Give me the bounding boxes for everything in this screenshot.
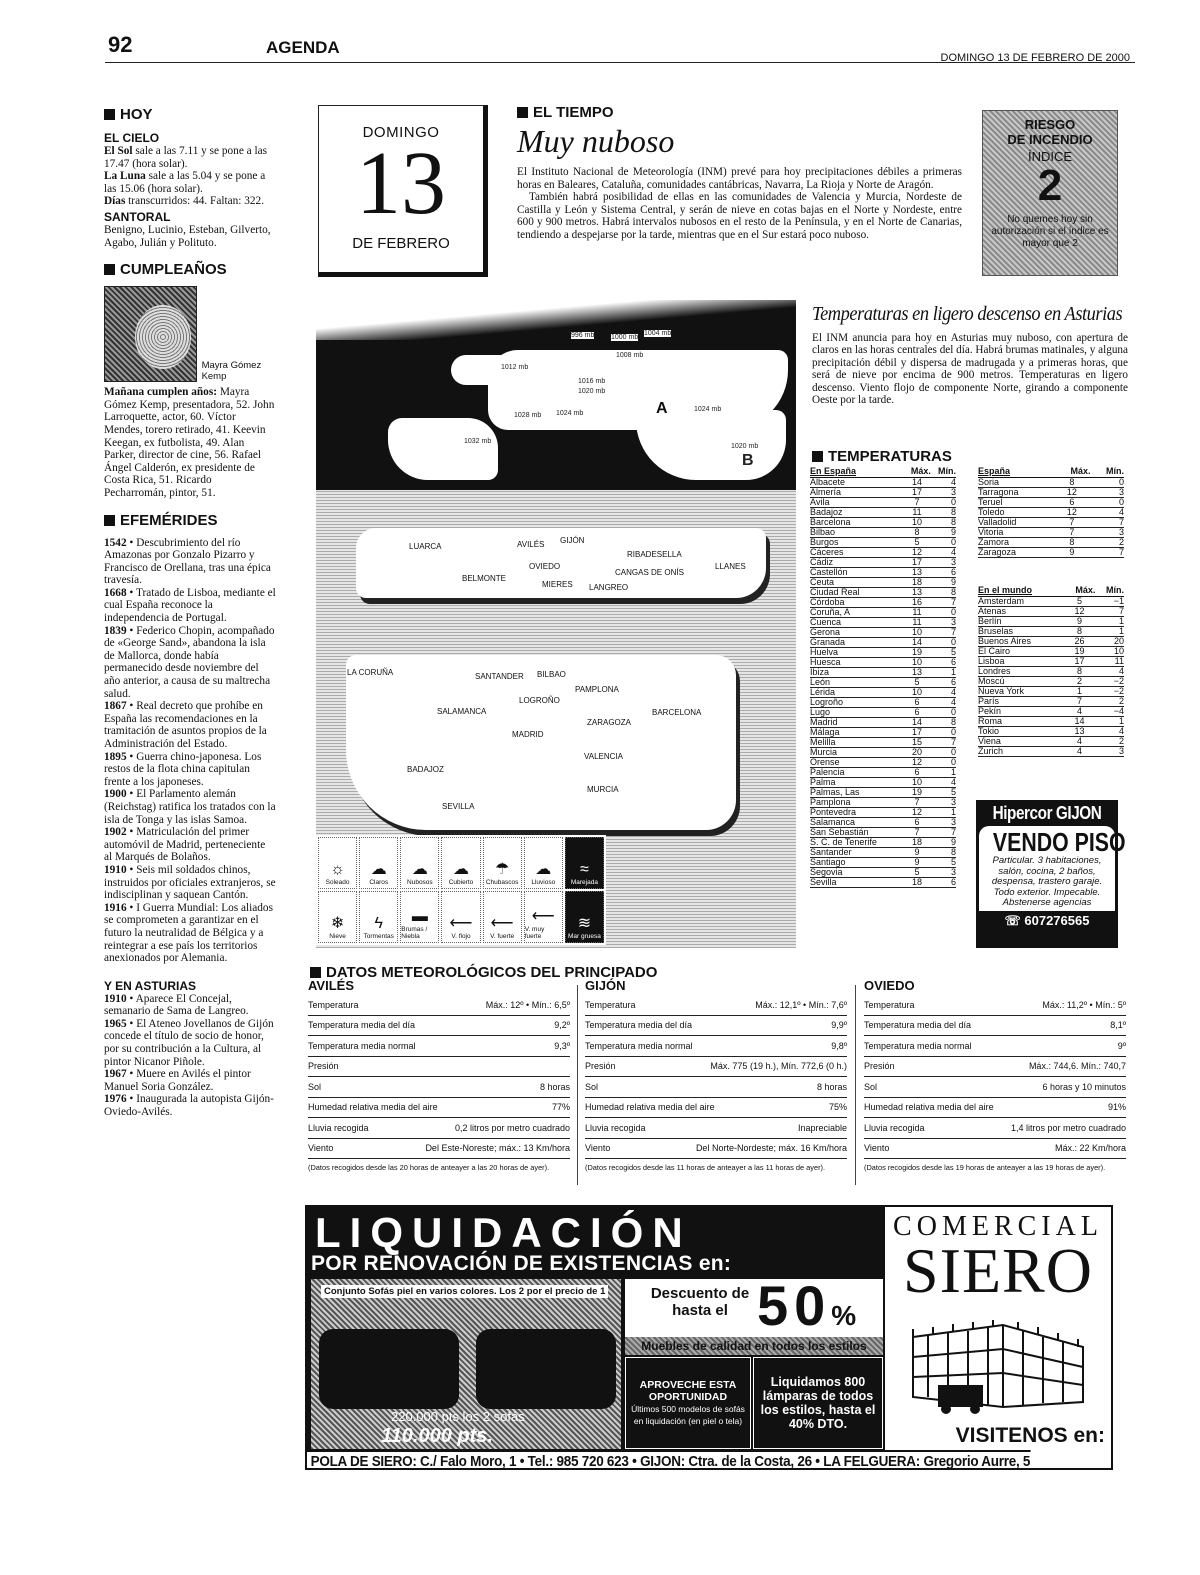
table-row: Santiago95 xyxy=(810,858,956,868)
min-temp-cell: 6 xyxy=(931,678,956,688)
min-temp-cell: 1 xyxy=(931,668,956,678)
data-label: Sol xyxy=(585,1082,598,1092)
city-cell: Viena xyxy=(978,737,1064,747)
square-bullet-icon xyxy=(812,451,823,462)
table-row: El Cairo1910 xyxy=(978,647,1124,657)
table-row: Huesca106 xyxy=(810,658,956,668)
max-temp-cell: 20 xyxy=(903,748,931,758)
data-value: 8 horas xyxy=(817,1082,847,1092)
data-value: 77% xyxy=(552,1102,570,1112)
table-row: Sevilla186 xyxy=(810,878,956,888)
max-temp-cell: 12 xyxy=(903,758,931,768)
data-note: (Datos recogidos desde las 11 horas de a… xyxy=(585,1163,847,1172)
city-cell: Palma xyxy=(810,778,903,788)
temperatures-spain-table: En EspañaMáx.Mín. Albacete144Almería173Á… xyxy=(810,466,956,888)
data-label: Sol xyxy=(308,1082,321,1092)
visit-us-label: VISITENOS en: xyxy=(956,1424,1105,1448)
dark-cloud-icon: ☁ xyxy=(453,861,469,879)
sofa-shape xyxy=(319,1329,459,1409)
max-temp-cell: 18 xyxy=(903,838,931,848)
table-row: Salamanca63 xyxy=(810,818,956,828)
efemeride-item: 1967 • Muere en Avilés el pintor Manuel … xyxy=(104,1068,276,1093)
max-temp-cell: 14 xyxy=(903,638,931,648)
asturias-headline: Temperaturas en ligero descenso en Astur… xyxy=(812,303,1103,326)
ad-store-name: Hipercor GIJON xyxy=(989,803,1105,824)
data-value: Máx.: 22 Km/hora xyxy=(1055,1143,1126,1153)
city-cell: París xyxy=(978,697,1064,707)
legend-soleado: ☼Soleado xyxy=(318,837,357,889)
table-row: Buenos Aires2620 xyxy=(978,637,1124,647)
wind-arrow-icon: ⟵ xyxy=(532,908,555,926)
sofa-photo: Conjunto Sofás piel en varios colores. L… xyxy=(311,1279,621,1449)
max-temp-cell: 6 xyxy=(903,698,931,708)
min-temp-cell: 2 xyxy=(1091,538,1124,548)
max-temp-cell: 13 xyxy=(903,588,931,598)
cielo-heading: EL CIELO xyxy=(104,131,276,145)
data-row: Temperatura media del día9,9º xyxy=(585,1016,847,1037)
ad-phone: ☏ 607276565 xyxy=(979,913,1115,929)
station-name: GIJÓN xyxy=(585,978,847,993)
max-temp-cell: 6 xyxy=(903,768,931,778)
data-value: 1,4 litros por metro cuadrado xyxy=(1011,1123,1126,1133)
min-temp-cell: 1 xyxy=(1095,617,1124,627)
station-name: AVILÉS xyxy=(308,978,570,993)
legend-claros: ☁Claros xyxy=(359,837,398,889)
max-temp-cell: 26 xyxy=(1064,637,1096,647)
ad-headline: LIQUIDACIÓN xyxy=(315,1209,692,1257)
table-row: Zamora82 xyxy=(978,538,1124,548)
max-temp-cell: 17 xyxy=(903,728,931,738)
data-value: 9,2º xyxy=(554,1020,570,1030)
calendar-date-box: DOMINGO 13 DE FEBRERO xyxy=(318,105,488,277)
table-row: Bilbao89 xyxy=(810,528,956,538)
weather-headline: Muy nuboso xyxy=(517,123,962,160)
efemerides-list: 1542 • Descubrimiento del río Amazonas p… xyxy=(104,537,276,965)
data-row: VientoDel Norte-Nordeste; máx. 16 Km/hor… xyxy=(585,1139,847,1160)
brand-line-2: SIERO xyxy=(885,1243,1111,1299)
table-row: Burgos50 xyxy=(810,538,956,548)
min-temp-cell: 0 xyxy=(1091,478,1124,488)
discount-block: Descuento de hasta el 50% xyxy=(625,1279,883,1337)
table-row: Zaragoza97 xyxy=(978,548,1124,558)
data-label: Temperatura xyxy=(585,1000,636,1010)
efemeride-item: 1900 • El Parlamento alemán (Reichstag) … xyxy=(104,788,276,826)
city-cell: Santiago xyxy=(810,858,903,868)
min-temp-cell: 7 xyxy=(1091,518,1124,528)
max-temp-cell: 15 xyxy=(903,738,931,748)
data-label: Temperatura media del día xyxy=(864,1020,971,1030)
city-cell: Bilbao xyxy=(810,528,903,538)
max-temp-cell: 12 xyxy=(903,808,931,818)
max-temp-cell: 5 xyxy=(903,678,931,688)
table-row: Amsterdam5−1 xyxy=(978,597,1124,607)
wind-arrow-icon: ⟵ xyxy=(450,915,473,933)
min-temp-cell: 1 xyxy=(931,768,956,778)
city-cell: Zaragoza xyxy=(978,548,1053,558)
portrait-photo xyxy=(104,286,197,382)
max-temp-cell: 12 xyxy=(1064,607,1096,617)
month: DE FEBRERO xyxy=(319,235,483,252)
max-temp-cell: 10 xyxy=(903,658,931,668)
fog-bar-icon: ▬ xyxy=(412,908,428,926)
left-column: HOY EL CIELO El Sol sale a las 7.11 y se… xyxy=(104,100,276,1119)
square-bullet-icon xyxy=(104,264,115,275)
min-temp-cell: 4 xyxy=(931,548,956,558)
max-temp-cell: 12 xyxy=(1053,508,1090,518)
city-cell: Roma xyxy=(978,717,1064,727)
table-row: Melilla157 xyxy=(810,738,956,748)
rain-cloud-icon: ☁ xyxy=(535,861,551,879)
city-cell: Lisboa xyxy=(978,657,1064,667)
max-temp-cell: 14 xyxy=(903,478,931,488)
table-row: Nueva York1−2 xyxy=(978,687,1124,697)
min-temp-cell: 4 xyxy=(931,478,956,488)
min-temp-cell: 3 xyxy=(931,818,956,828)
max-temp-cell: 17 xyxy=(903,558,931,568)
table-row: Zurich43 xyxy=(978,747,1124,757)
square-bullet-icon xyxy=(104,515,115,526)
city-cell: Segovia xyxy=(810,868,903,878)
min-temp-cell: 4 xyxy=(931,688,956,698)
asturias-efemerides-heading: Y EN ASTURIAS xyxy=(104,979,276,993)
city-cell: Santander xyxy=(810,848,903,858)
city-cell: Ceuta xyxy=(810,578,903,588)
efemeride-item: 1895 • Guerra chino-japonesa. Los restos… xyxy=(104,751,276,789)
data-row: Sol8 horas xyxy=(585,1077,847,1098)
station-oviedo: OVIEDOTemperaturaMáx.: 11,2º • Mín.: 5ºT… xyxy=(864,978,1126,1172)
efemeride-item: 1542 • Descubrimiento del río Amazonas p… xyxy=(104,537,276,587)
max-temp-cell: 11 xyxy=(903,608,931,618)
max-temp-cell: 7 xyxy=(903,498,931,508)
min-temp-cell: 1 xyxy=(1095,717,1124,727)
table-row: Viena42 xyxy=(978,737,1124,747)
data-row: Presión xyxy=(308,1057,570,1078)
table-row: Cáceres124 xyxy=(810,548,956,558)
max-temp-cell: 4 xyxy=(1064,707,1096,717)
city-cell: Berlín xyxy=(978,617,1064,627)
table-row: Pontevedra121 xyxy=(810,808,956,818)
min-temp-cell: 4 xyxy=(1095,667,1124,677)
min-temp-cell: 2 xyxy=(1095,697,1124,707)
city-cell: Toledo xyxy=(978,508,1053,518)
data-value: 91% xyxy=(1108,1102,1126,1112)
table-row: Roma141 xyxy=(978,717,1124,727)
data-row: Humedad relativa media del aire91% xyxy=(864,1098,1126,1119)
city-cell: Granada xyxy=(810,638,903,648)
luna-info: La Luna sale a las 5.04 y se pone a las … xyxy=(104,170,276,195)
weather-map: 996 mb 1000 mb 1004 mb 1008 mb 1012 mb 1… xyxy=(316,300,796,948)
store-building-icon xyxy=(903,1307,1093,1417)
square-bullet-icon xyxy=(310,967,321,978)
max-temp-cell: 1 xyxy=(1064,687,1096,697)
max-temp-cell: 5 xyxy=(1064,597,1096,607)
min-temp-cell: 3 xyxy=(1095,747,1124,757)
city-cell: Ibiza xyxy=(810,668,903,678)
city-cell: Nueva York xyxy=(978,687,1064,697)
data-label: Lluvia recogida xyxy=(864,1123,925,1133)
efemeride-item: 1976 • Inaugurada la autopista Gijón-Ovi… xyxy=(104,1093,276,1118)
min-temp-cell: 8 xyxy=(931,588,956,598)
offer-box-lamps: Liquidamos 800 lámparas de todos los est… xyxy=(753,1357,883,1449)
city-cell: Málaga xyxy=(810,728,903,738)
city-cell: El Cairo xyxy=(978,647,1064,657)
data-label: Temperatura media normal xyxy=(308,1041,416,1051)
max-temp-cell: 19 xyxy=(903,648,931,658)
data-label: Humedad relativa media del aire xyxy=(308,1102,438,1112)
city-cell: Pontevedra xyxy=(810,808,903,818)
legend-niebla: ▬Brumas / Niebla xyxy=(400,891,439,943)
min-temp-cell: 0 xyxy=(931,498,956,508)
data-label: Temperatura xyxy=(864,1000,915,1010)
efemeride-item: 1910 • Aparece El Concejal, semanario de… xyxy=(104,993,276,1018)
data-value: 6 horas y 10 minutos xyxy=(1042,1082,1126,1092)
weather-article: EL TIEMPO Muy nuboso El Instituto Nacion… xyxy=(517,104,962,242)
max-temp-cell: 9 xyxy=(903,848,931,858)
max-temp-cell: 12 xyxy=(1053,488,1090,498)
min-temp-cell: 3 xyxy=(931,618,956,628)
page-number: 92 xyxy=(108,32,132,58)
city-cell: S. C. de Tenerife xyxy=(810,838,903,848)
data-value: Máx.: 12,1º • Mín.: 7,6º xyxy=(755,1000,847,1010)
table-row: Valladolid77 xyxy=(978,518,1124,528)
min-temp-cell: 5 xyxy=(931,648,956,658)
brand-panel: COMERCIAL SIERO VISITENOS en: xyxy=(885,1207,1111,1450)
min-temp-cell: 9 xyxy=(931,528,956,538)
data-row: Sol8 horas xyxy=(308,1077,570,1098)
table-row: Albacete144 xyxy=(810,478,956,488)
min-temp-cell: −1 xyxy=(1095,597,1124,607)
table-row: Logroño64 xyxy=(810,698,956,708)
min-temp-cell: 3 xyxy=(931,558,956,568)
high-pressure-marker: A xyxy=(656,400,668,418)
data-row: Temperatura media del día9,2º xyxy=(308,1016,570,1037)
city-cell: Sevilla xyxy=(810,878,903,888)
min-temp-cell: 3 xyxy=(931,868,956,878)
max-temp-cell: 12 xyxy=(903,548,931,558)
min-temp-cell: 6 xyxy=(931,658,956,668)
max-temp-cell: 14 xyxy=(903,718,931,728)
legend-lluvioso: ☁Lluvioso xyxy=(524,837,563,889)
classified-ad-piso: Hipercor GIJON VENDO PISO Particular. 3 … xyxy=(976,800,1118,948)
city-cell: León xyxy=(810,678,903,688)
data-row: Temperatura media normal9º xyxy=(864,1036,1126,1057)
table-row: Almería173 xyxy=(810,488,956,498)
city-cell: Ávila xyxy=(810,498,903,508)
table-row: Soria80 xyxy=(978,478,1124,488)
max-temp-cell: 8 xyxy=(1053,538,1090,548)
data-label: Temperatura media normal xyxy=(864,1041,972,1051)
weather-paragraph: También habrá posibilidad de ellas en la… xyxy=(517,191,962,241)
table-row: Ávila70 xyxy=(810,498,956,508)
weather-paragraph: El Instituto Nacional de Meteorología (I… xyxy=(517,166,962,191)
min-temp-cell: 6 xyxy=(931,568,956,578)
table-row: Lisboa1711 xyxy=(978,657,1124,667)
city-cell: Almería xyxy=(810,488,903,498)
column-divider xyxy=(855,985,856,1185)
min-temp-cell: 7 xyxy=(931,828,956,838)
data-row: TemperaturaMáx.: 12,1º • Mín.: 7,6º xyxy=(585,995,847,1016)
data-row: TemperaturaMáx.: 11,2º • Mín.: 5º xyxy=(864,995,1126,1016)
efemeride-item: 1910 • Seis mil soldados chinos, instrui… xyxy=(104,864,276,902)
ad-subheadline: POR RENOVACIÓN DE EXISTENCIAS en: xyxy=(311,1252,731,1276)
city-cell: Madrid xyxy=(810,718,903,728)
table-row: Berlín91 xyxy=(978,617,1124,627)
max-temp-cell: 7 xyxy=(1064,697,1096,707)
city-cell: Tokio xyxy=(978,727,1064,737)
data-value: Máx.: 744,6. Mín.: 740,7 xyxy=(1029,1061,1126,1071)
max-temp-cell: 11 xyxy=(903,508,931,518)
table-row: Madrid148 xyxy=(810,718,956,728)
table-row: Teruel60 xyxy=(978,498,1124,508)
low-pressure-marker: B xyxy=(742,452,754,470)
city-cell: Castellón xyxy=(810,568,903,578)
asturias-efemerides-list: 1910 • Aparece El Concejal, semanario de… xyxy=(104,993,276,1119)
table-row: Málaga170 xyxy=(810,728,956,738)
square-bullet-icon xyxy=(104,109,115,120)
table-row: Castellón136 xyxy=(810,568,956,578)
max-temp-cell: 13 xyxy=(1064,727,1096,737)
section-title: AGENDA xyxy=(266,38,340,58)
min-temp-cell: 11 xyxy=(1095,657,1124,667)
snow-icon: ❄ xyxy=(331,915,344,933)
santoral-text: Benigno, Lucinio, Esteban, Gilverto, Aga… xyxy=(104,224,276,249)
dias-info: Días transcurridos: 44. Faltan: 322. xyxy=(104,195,276,208)
table-row: Orense120 xyxy=(810,758,956,768)
legend-tormentas: ϟTormentas xyxy=(359,891,398,943)
table-row: Segovia53 xyxy=(810,868,956,878)
table-row: Barcelona108 xyxy=(810,518,956,528)
legend-chubascos: ☂Chubascos xyxy=(483,837,522,889)
data-row: Temperatura media normal9,3º xyxy=(308,1036,570,1057)
min-temp-cell: 9 xyxy=(931,838,956,848)
table-row: Granada140 xyxy=(810,638,956,648)
waves-icon: ≈ xyxy=(580,861,589,879)
photo-caption: Mayra Gómez Kemp xyxy=(202,360,276,382)
min-temp-cell: 0 xyxy=(931,608,956,618)
min-temp-cell: 3 xyxy=(1091,528,1124,538)
city-cell: Murcia xyxy=(810,748,903,758)
city-cell: Soria xyxy=(978,478,1053,488)
discount-text: Descuento de hasta el xyxy=(645,1285,755,1319)
data-row: PresiónMáx. 775 (19 h.), Mín. 772,6 (0 h… xyxy=(585,1057,847,1078)
city-cell: Amsterdam xyxy=(978,597,1064,607)
table-row: Pamplona73 xyxy=(810,798,956,808)
min-temp-cell: 8 xyxy=(931,718,956,728)
min-temp-cell: 0 xyxy=(931,758,956,768)
city-cell: Badajoz xyxy=(810,508,903,518)
city-cell: Córdoba xyxy=(810,598,903,608)
store-addresses: POLA DE SIERO: C./ Falo Moro, 1 • Tel.: … xyxy=(307,1450,1031,1470)
cumpleanos-heading: CUMPLEAÑOS xyxy=(104,261,276,278)
min-temp-cell: 4 xyxy=(931,778,956,788)
max-temp-cell: 19 xyxy=(1064,647,1096,657)
efemeride-item: 1965 • El Ateneo Jovellanos de Gijón con… xyxy=(104,1018,276,1068)
min-temp-cell: 2 xyxy=(1095,737,1124,747)
max-temp-cell: 8 xyxy=(1053,478,1090,488)
table-row: Santander98 xyxy=(810,848,956,858)
min-temp-cell: 3 xyxy=(931,488,956,498)
new-price: 110.000 pts. xyxy=(381,1425,493,1448)
data-row: Sol6 horas y 10 minutos xyxy=(864,1077,1126,1098)
old-price: 220.000 pts los 2 sofás xyxy=(391,1409,525,1424)
efemeride-item: 1668 • Tratado de Lisboa, mediante el cu… xyxy=(104,587,276,625)
max-temp-cell: 19 xyxy=(903,788,931,798)
data-label: Viento xyxy=(308,1143,333,1153)
table-row: Londres84 xyxy=(978,667,1124,677)
table-row: Ceuta189 xyxy=(810,578,956,588)
data-value: 9º xyxy=(1118,1041,1126,1051)
data-value: Inapreciable xyxy=(798,1123,847,1133)
data-row: VientoDel Este-Noreste; máx.: 13 Km/hora xyxy=(308,1139,570,1160)
sun-icon: ☼ xyxy=(330,861,345,879)
data-note: (Datos recogidos desde las 20 horas de a… xyxy=(308,1163,570,1172)
legend-nieve: ❄Nieve xyxy=(318,891,357,943)
max-temp-cell: 16 xyxy=(903,598,931,608)
table-row: Córdoba167 xyxy=(810,598,956,608)
legend-marejada: ≈Marejada xyxy=(565,837,604,889)
table-row: Coruña, A110 xyxy=(810,608,956,618)
fire-risk-title: DE INCENDIO xyxy=(983,132,1117,147)
max-temp-cell: 5 xyxy=(903,868,931,878)
data-note: (Datos recogidos desde las 19 horas de a… xyxy=(864,1163,1126,1172)
efemerides-heading: EFEMÉRIDES xyxy=(104,512,276,529)
min-temp-cell: 0 xyxy=(931,728,956,738)
city-cell: Logroño xyxy=(810,698,903,708)
max-temp-cell: 13 xyxy=(903,568,931,578)
table-row: Ciudad Real138 xyxy=(810,588,956,598)
min-temp-cell: 6 xyxy=(931,878,956,888)
showers-icon: ☂ xyxy=(495,861,509,879)
max-temp-cell: 14 xyxy=(1064,717,1096,727)
data-value: Del Norte-Nordeste; máx. 16 Km/hora xyxy=(696,1143,847,1153)
data-label: Presión xyxy=(585,1061,616,1071)
min-temp-cell: −2 xyxy=(1095,687,1124,697)
data-value: Máx.: 11,2º • Mín.: 5º xyxy=(1042,1000,1126,1010)
max-temp-cell: 7 xyxy=(903,828,931,838)
temperatures-spain-table-2: EspañaMáx.Mín. Soria80Tarragona123Teruel… xyxy=(978,466,1124,558)
city-cell: Cuenca xyxy=(810,618,903,628)
table-row: Lérida104 xyxy=(810,688,956,698)
rough-sea-icon: ≋ xyxy=(578,915,591,933)
city-cell: Coruña, A xyxy=(810,608,903,618)
city-cell: Vitoria xyxy=(978,528,1053,538)
min-temp-cell: 9 xyxy=(931,578,956,588)
max-temp-cell: 9 xyxy=(1064,617,1096,627)
min-temp-cell: 7 xyxy=(931,628,956,638)
cloud-icon: ☁ xyxy=(412,861,428,879)
min-temp-cell: 5 xyxy=(931,858,956,868)
table-row: Lugo60 xyxy=(810,708,956,718)
min-temp-cell: 8 xyxy=(931,848,956,858)
data-value: 75% xyxy=(829,1102,847,1112)
birthdays-text: Mañana cumplen años: Mayra Gómez Kemp, p… xyxy=(104,386,276,499)
fire-risk-index-value: 2 xyxy=(983,164,1117,208)
tiempo-heading: EL TIEMPO xyxy=(517,104,962,121)
table-row: Vitoria73 xyxy=(978,528,1124,538)
fire-risk-note: No quemes hoy sin autorización si el índ… xyxy=(983,214,1117,250)
table-row: Murcia200 xyxy=(810,748,956,758)
min-temp-cell: 20 xyxy=(1095,637,1124,647)
max-temp-cell: 4 xyxy=(1064,737,1096,747)
table-row: Toledo124 xyxy=(978,508,1124,518)
legend-mar-gruesa: ≋Mar gruesa xyxy=(565,891,604,943)
data-value: Máx. 775 (19 h.), Mín. 772,6 (0 h.) xyxy=(710,1061,847,1071)
max-temp-cell: 6 xyxy=(1053,498,1090,508)
hoy-heading: HOY xyxy=(104,106,276,123)
sofa-shape xyxy=(476,1329,616,1409)
city-cell: Barcelona xyxy=(810,518,903,528)
city-cell: Atenas xyxy=(978,607,1064,617)
